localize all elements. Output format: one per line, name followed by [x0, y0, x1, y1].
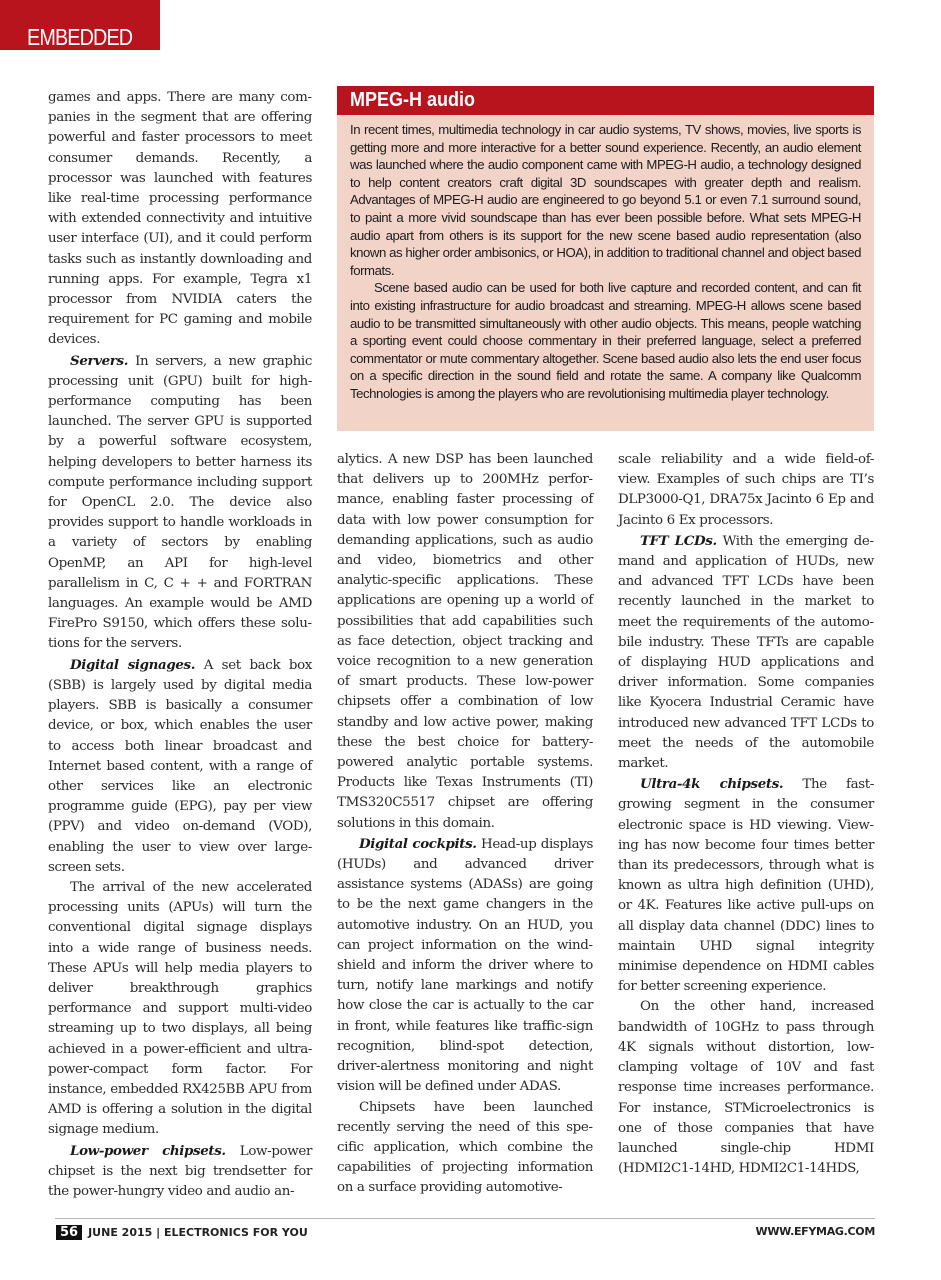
subhead-digital-cockpits: Digital cockpits. — [359, 836, 477, 852]
paragraph-servers: Servers. In servers, a new graphic proce… — [48, 351, 312, 655]
paragraph-text: Chipsets have been launched recently ser… — [337, 1100, 593, 1196]
subhead-tft-lcds: TFT LCDs. — [640, 533, 717, 549]
paragraph: On the other hand, increased bandwidth o… — [618, 997, 874, 1179]
sidebar-box-title: MPEG-H audio — [337, 86, 874, 115]
website-link[interactable]: WWW.EFYMAG.COM — [755, 1225, 875, 1238]
article-column-3: scale reliability and a wide field-of-vi… — [618, 450, 874, 1179]
section-label: EMBEDDED — [27, 24, 132, 51]
paragraph: games and apps. There are many com­panie… — [48, 88, 312, 351]
footer-divider — [55, 1218, 875, 1219]
paragraph-text: In servers, a new graphic processing uni… — [48, 354, 312, 652]
article-column-2: alytics. A new DSP has been launched tha… — [337, 450, 593, 1199]
paragraph: alytics. A new DSP has been launched tha… — [337, 450, 593, 834]
issue-label: JUNE 2015 | ELECTRONICS FOR YOU — [88, 1226, 308, 1239]
subhead-digital-signages: Digital signages. — [70, 657, 195, 673]
sidebar-box-title-text: MPEG-H audio — [350, 86, 475, 115]
sidebar-box-mpeg-h: MPEG-H audio In recent times, multimedia… — [337, 86, 874, 431]
paragraph-text: alytics. A new DSP has been launched tha… — [337, 452, 593, 831]
paragraph: scale reliability and a wide field-of-vi… — [618, 450, 874, 531]
section-tab: EMBEDDED — [0, 0, 160, 50]
paragraph-text: On the other hand, increased bandwidth o… — [618, 999, 874, 1176]
paragraph-digital-signages: Digital signages. A set back box (SBB) i… — [48, 655, 312, 878]
page-number: 56 — [56, 1225, 82, 1240]
paragraph: The arrival of the new accelerated proce… — [48, 878, 312, 1141]
sidebar-box-body: In recent times, multimedia technology i… — [337, 115, 874, 403]
paragraph-digital-cockpits: Digital cockpits. Head-up dis­plays (HUD… — [337, 834, 593, 1098]
article-column-1: games and apps. There are many com­panie… — [48, 88, 312, 1202]
paragraph-ultra-4k-chipsets: Ultra-4k chipsets. The fast-growing segm… — [618, 774, 874, 997]
paragraph: Chipsets have been launched recently ser… — [337, 1098, 593, 1199]
paragraph-text: The fast-growing segment in the consumer… — [618, 777, 874, 994]
sidebar-paragraph: Scene based audio can be used for both l… — [350, 279, 861, 402]
paragraph-text: The arrival of the new accelerated proce… — [48, 880, 312, 1137]
paragraph-text: With the emerging de­mand and applicatio… — [618, 534, 874, 771]
paragraph-tft-lcds: TFT LCDs. With the emerging de­mand and … — [618, 531, 874, 774]
sidebar-paragraph: In recent times, multimedia technology i… — [350, 121, 861, 279]
subhead-ultra-4k-chipsets: Ultra-4k chipsets. — [640, 776, 783, 792]
subhead-servers: Servers. — [70, 353, 128, 369]
paragraph-text: scale reliability and a wide field-of-vi… — [618, 452, 874, 528]
paragraph-low-power-chipsets: Low-power chipsets. Low-power chipset is… — [48, 1141, 312, 1203]
subhead-low-power-chipsets: Low-power chipsets. — [70, 1143, 226, 1159]
paragraph-text: Head-up dis­plays (HUDs) and advanced dr… — [337, 837, 593, 1094]
paragraph-text: A set back box (SBB) is largely used by … — [48, 658, 312, 875]
footer-issue-info: 56 JUNE 2015 | ELECTRONICS FOR YOU — [56, 1225, 308, 1240]
paragraph-text: games and apps. There are many com­panie… — [48, 90, 312, 347]
